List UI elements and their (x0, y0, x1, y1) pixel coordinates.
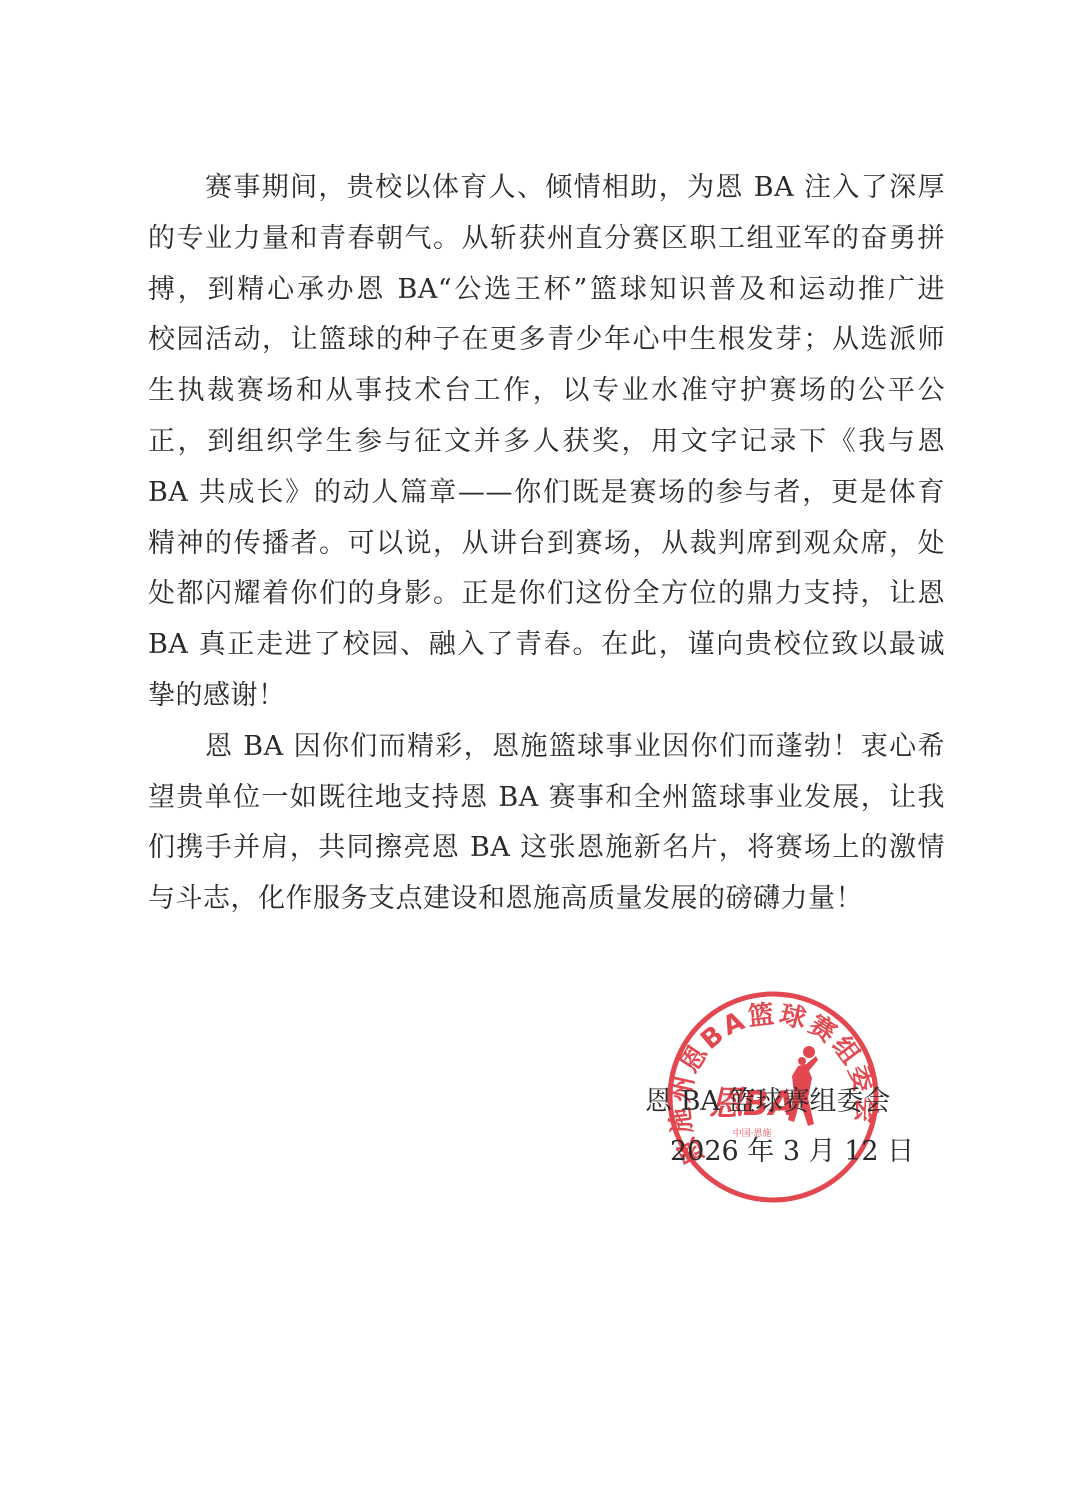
paragraph-2-line: 恩 BA 因你们而精彩，恩施篮球事业因你们而蓬勃！衷心希 (148, 725, 945, 776)
signature-date: 2026 年 3 月 12 日 (670, 1134, 890, 1170)
paragraph-2-line: 们携手并肩，共同擦亮恩 BA 这张恩施新名片，将赛场上的激情 (148, 826, 945, 877)
signature-organization: 恩 BA 篮球赛组委会 (645, 1084, 887, 1120)
paragraph-1-line: 挚的感谢！ (148, 674, 945, 725)
paragraph-2-line: 望贵单位一如既往地支持恩 BA 赛事和全州篮球事业发展，让我 (148, 776, 945, 827)
paragraph-1-line: 赛事期间，贵校以体育人、倾情相助，为恩 BA 注入了深厚 (148, 166, 945, 217)
paragraph-2-line: 与斗志，化作服务支点建设和恩施高质量发展的磅礴力量！ (148, 877, 945, 928)
paragraph-1-line: BA 共成长》的动人篇章——你们既是赛场的参与者，更是体育 (148, 471, 945, 522)
letter-page: 赛事期间，贵校以体育人、倾情相助，为恩 BA 注入了深厚 的专业力量和青春朝气。… (0, 0, 1080, 1490)
paragraph-1-line: 正，到组织学生参与征文并多人获奖，用文字记录下《我与恩 (148, 420, 945, 471)
letter-body: 赛事期间，贵校以体育人、倾情相助，为恩 BA 注入了深厚 的专业力量和青春朝气。… (148, 166, 945, 928)
paragraph-1-line: 校园活动，让篮球的种子在更多青少年心中生根发芽；从选派师 (148, 318, 945, 369)
paragraph-1-line: 的专业力量和青春朝气。从斩获州直分赛区职工组亚军的奋勇拼 (148, 217, 945, 268)
paragraph-1-line: 生执裁赛场和从事技术台工作，以专业水准守护赛场的公平公 (148, 369, 945, 420)
paragraph-1-line: 精神的传播者。可以说，从讲台到赛场，从裁判席到观众席，处 (148, 522, 945, 573)
paragraph-1-line: 处都闪耀着你们的身影。正是你们这份全方位的鼎力支持，让恩 (148, 572, 945, 623)
paragraph-1-line: BA 真正走进了校园、融入了青春。在此，谨向贵校位致以最诚 (148, 623, 945, 674)
paragraph-1-line: 搏，到精心承办恩 BA“公选王杯”篮球知识普及和运动推广进 (148, 268, 945, 319)
